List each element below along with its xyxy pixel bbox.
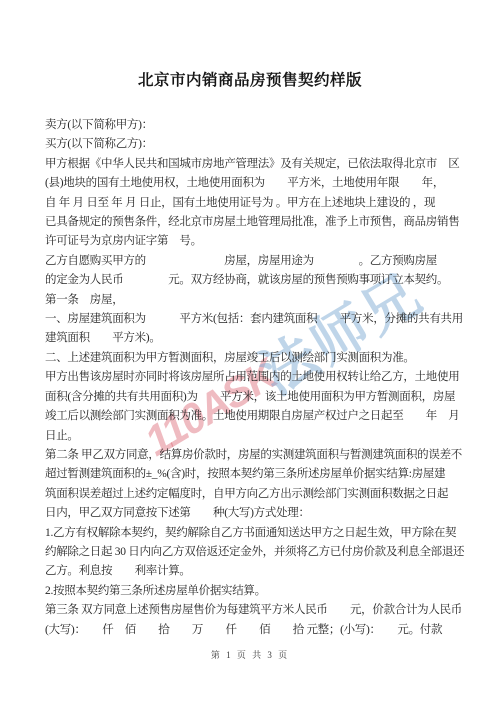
document-line: 许可证号为京房内证字第 号。 xyxy=(45,232,465,251)
document-line: 的定金为人民币 元。双方经协商，就该房屋的预售预购事项订立本契约。 xyxy=(45,271,465,290)
page-number-footer: 第 1 页 共 3 页 xyxy=(0,648,500,661)
document-line: 1.乙方有权解除本契约，契约解除自乙方书面通知送达甲方之日起生效，甲方除在契 xyxy=(45,524,465,543)
document-line: 日内，甲乙双方同意按下述第 种(大写)方式处理： xyxy=(45,504,465,523)
document-line: 自 年 月 日至 年 月 日止，国有土地使用证号为 。甲方在上述地块上建设的 ，… xyxy=(45,194,465,213)
document-line: 竣工后以测绘部门实测面积为准。土地使用期限自房屋产权过户之日起至 年 月 xyxy=(45,407,465,426)
document-line: (大写)： 仟 佰 拾 万 仟 佰 拾 元整；(小写)： 元。付款 xyxy=(45,621,465,640)
document-line: 已具备规定的预售条件，经北京市房屋土地管理局批准，准予上市预售，商品房销售 xyxy=(45,213,465,232)
document-line: 筑面积误差超过上述约定幅度时，自甲方向乙方出示测绘部门实测面积数据之日起 xyxy=(45,485,465,504)
document-line: 建筑面积 平方米)。 xyxy=(45,329,465,348)
document-line: 日止。 xyxy=(45,427,465,446)
document-line: 乙方。利息按 利率计算。 xyxy=(45,562,465,581)
document-line: 第二条 甲乙双方同意，结算房价款时，房屋的实测建筑面积与暂测建筑面积的误差不 xyxy=(45,446,465,465)
contract-document-page: 110ASK 法师兄 北京市内销商品房预售契约样版 卖方(以下简称甲方)： 买方… xyxy=(0,0,500,706)
document-line: 超过暂测建筑面积的±_%(含)时，按照本契约第三条所述房屋单价据实结算:房屋建 xyxy=(45,465,465,484)
document-line: 面积(含分摊的共有共用面积)为 平方米，该土地使用面积为甲方暂测面积，房屋 xyxy=(45,388,465,407)
document-line: 乙方自愿购买甲方的 房屋，房屋用途为 。乙方预购房屋 xyxy=(45,252,465,271)
document-title: 北京市内销商品房预售契约样版 xyxy=(0,68,500,90)
document-line: 二、上述建筑面积为甲方暂测面积，房屋竣工后以测绘部门实测面积为准。 xyxy=(45,349,465,368)
document-line: 卖方(以下简称甲方)： xyxy=(45,116,465,135)
document-line: 买方(以下简称乙方)： xyxy=(45,135,465,154)
document-line: 2.按照本契约第三条所述房屋单价据实结算。 xyxy=(45,582,465,601)
document-line: 甲方出售该房屋时亦同时将该房屋所占用范围内的土地使用权转让给乙方，土地使用 xyxy=(45,368,465,387)
document-line: 甲方根据《中华人民共和国城市房地产管理法》及有关规定，已依法取得北京市 区 xyxy=(45,155,465,174)
document-line: 一、房屋建筑面积为 平方米(包括：套内建筑面积 平方米，分摊的共有共用 xyxy=(45,310,465,329)
document-line: 第三条 双方同意上述预售房屋售价为每建筑平方米人民币 元，价款合计为人民币 xyxy=(45,601,465,620)
document-line: 约解除之日起 30 日内向乙方双倍返还定金外，并须将乙方已付房价款及利息全部退还 xyxy=(45,543,465,562)
document-line: 第一条 房屋， xyxy=(45,291,465,310)
document-line: (县)地块的国有土地使用权，土地使用面积为 平方米，土地使用年限 年， xyxy=(45,174,465,193)
document-body: 卖方(以下简称甲方)： 买方(以下简称乙方)： 甲方根据《中华人民共和国城市房地… xyxy=(45,116,465,640)
